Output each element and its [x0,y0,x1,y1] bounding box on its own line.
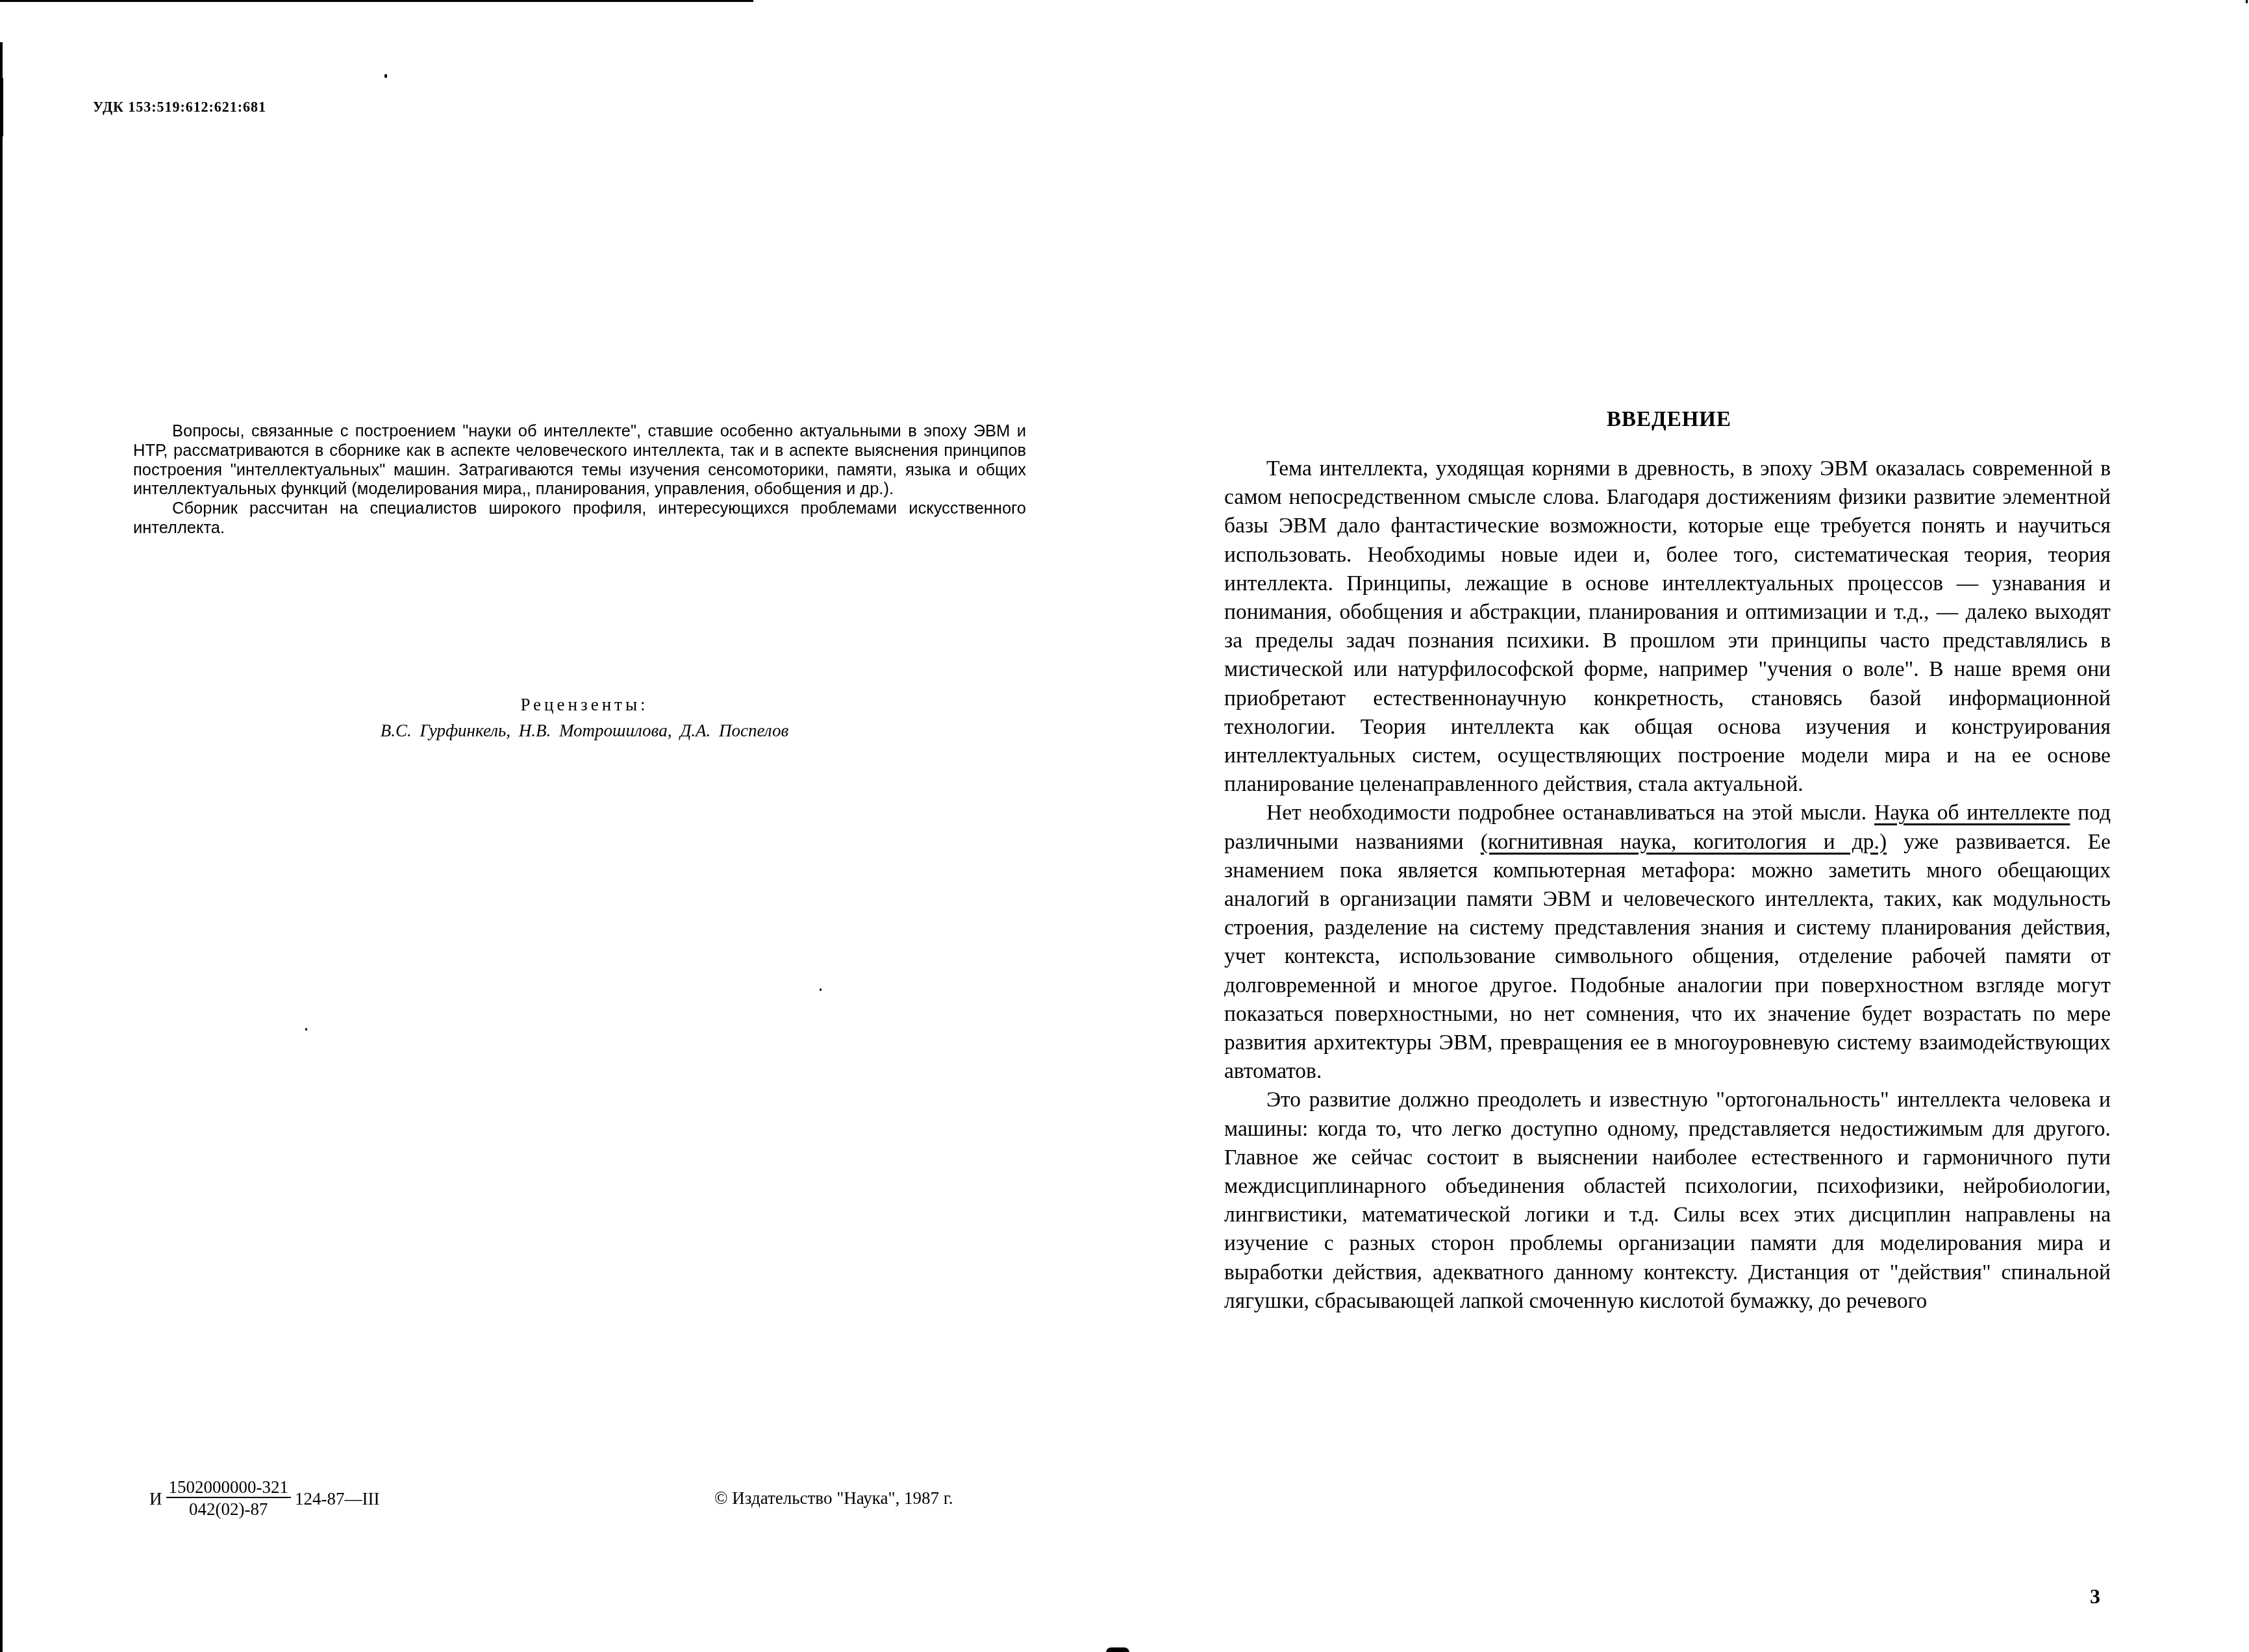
body-paragraph: Это развитие должно преодолеть и известн… [1224,1086,2111,1316]
text-run: уже развивается. Ее знамением пока являе… [1224,830,2111,1084]
scan-speck [305,1028,307,1031]
introduction-body: Тема интеллекта, уходящая корнями в древ… [1224,455,2111,1316]
page-number: 3 [2090,1584,2100,1608]
chapter-heading: ВВЕДЕНИЕ [1221,408,2117,432]
scan-binding-mark [1106,1647,1129,1652]
hand-underlined-text: (когнитивная наука, когитология и др.) [1481,830,1887,854]
abstract-paragraph: Вопросы, связанные с построением "науки … [133,422,1026,499]
scan-speck [384,74,387,78]
abstract-paragraph: Сборник рассчитан на специалистов широко… [133,499,1026,538]
book-abstract: Вопросы, связанные с построением "науки … [133,422,1026,538]
udk-code: УДК 153:519:612:621:681 [93,99,266,116]
code-suffix: 124-87—III [295,1489,379,1509]
scan-corner-mark [2246,0,2248,3]
reviewers-names: В.С. Гурфинкель, Н.В. Мотрошилова, Д.А. … [0,721,1169,741]
copyright-notice: © Издательство "Наука", 1987 г. [714,1488,953,1508]
hand-underlined-text: Наука об интеллекте [1874,801,2070,825]
code-fraction: 1502000000-321 042(02)-87 [166,1477,292,1520]
reviewers-title: Рецензенты: [0,695,1169,715]
code-denominator: 042(02)-87 [189,1498,268,1520]
text-run: Нет необходимости подробнее останавливат… [1266,801,1874,825]
scan-speck [820,988,822,991]
body-paragraph: Тема интеллекта, уходящая корнями в древ… [1224,455,2111,799]
scan-left-edge-mark [2,78,3,136]
code-prefix: И [149,1489,162,1509]
body-paragraph-annotated: Нет необходимости подробнее останавливат… [1224,799,2111,1086]
scan-top-edge [0,0,753,2]
publication-code: И 1502000000-321 042(02)-87 124-87—III [149,1477,379,1520]
code-numerator: 1502000000-321 [166,1477,292,1498]
scan-left-edge [0,42,3,1652]
